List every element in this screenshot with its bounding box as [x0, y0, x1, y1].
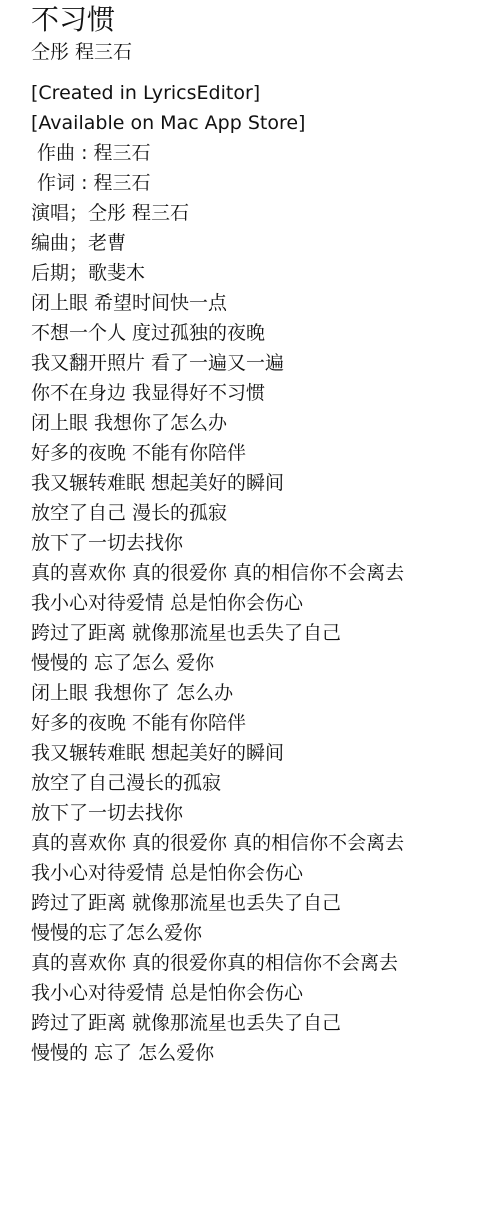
lyric-line: 放下了一切去找你 [31, 798, 491, 828]
lyric-line: 我小心对待爱情 总是怕你会伤心 [31, 858, 491, 888]
lyric-line: 好多的夜晚 不能有你陪伴 [31, 438, 491, 468]
lyric-line: 后期；歌斐木 [31, 258, 491, 288]
lyric-line: 真的喜欢你 真的很爱你真的相信你不会离去 [31, 948, 491, 978]
lyric-line: 闭上眼 希望时间快一点 [31, 288, 491, 318]
lyric-line: 我小心对待爱情 总是怕你会伤心 [31, 978, 491, 1008]
lyric-line: 真的喜欢你 真的很爱你 真的相信你不会离去 [31, 828, 491, 858]
lyric-line: 放空了自己 漫长的孤寂 [31, 498, 491, 528]
song-title: 不习惯 [31, 2, 491, 40]
lyric-line: 慢慢的 忘了 怎么爱你 [31, 1038, 491, 1068]
lyric-line: 演唱；仝彤 程三石 [31, 198, 491, 228]
lyric-line: 我又翻开照片 看了一遍又一遍 [31, 348, 491, 378]
lyric-line: 我又辗转难眠 想起美好的瞬间 [31, 738, 491, 768]
lyrics-body: [Created in LyricsEditor] [Available on … [31, 78, 491, 1068]
lyric-line: [Created in LyricsEditor] [31, 78, 491, 108]
lyric-line: 我小心对待爱情 总是怕你会伤心 [31, 588, 491, 618]
lyric-line: 闭上眼 我想你了怎么办 [31, 408, 491, 438]
lyric-line: 跨过了距离 就像那流星也丢失了自己 [31, 618, 491, 648]
lyric-line: 好多的夜晚 不能有你陪伴 [31, 708, 491, 738]
lyric-line: 跨过了距离 就像那流星也丢失了自己 [31, 888, 491, 918]
lyrics-page: 不习惯 仝彤 程三石 [Created in LyricsEditor] [Av… [31, 0, 491, 1068]
lyric-line: 放空了自己漫长的孤寂 [31, 768, 491, 798]
lyric-line: 放下了一切去找你 [31, 528, 491, 558]
lyric-line: 我又辗转难眠 想起美好的瞬间 [31, 468, 491, 498]
lyric-line: 闭上眼 我想你了 怎么办 [31, 678, 491, 708]
lyric-line: 不想一个人 度过孤独的夜晚 [31, 318, 491, 348]
lyric-line: 慢慢的 忘了怎么 爱你 [31, 648, 491, 678]
lyric-line: 你不在身边 我显得好不习惯 [31, 378, 491, 408]
lyric-line: 真的喜欢你 真的很爱你 真的相信你不会离去 [31, 558, 491, 588]
song-artist: 仝彤 程三石 [31, 40, 491, 74]
lyric-line: 跨过了距离 就像那流星也丢失了自己 [31, 1008, 491, 1038]
lyric-line: [Available on Mac App Store] [31, 108, 491, 138]
lyric-line: 慢慢的忘了怎么爱你 [31, 918, 491, 948]
lyric-line: 作词 : 程三石 [31, 168, 491, 198]
lyric-line: 作曲 : 程三石 [31, 138, 491, 168]
lyric-line: 编曲；老曹 [31, 228, 491, 258]
